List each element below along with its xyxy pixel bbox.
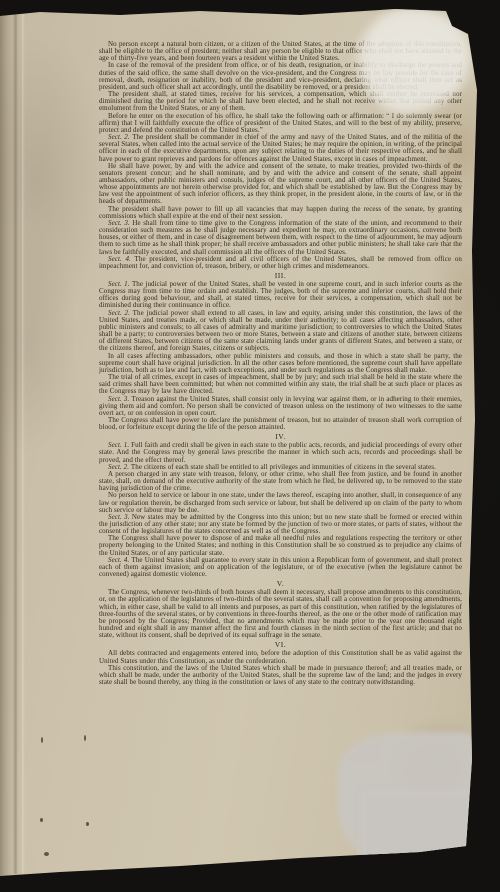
- document-paragraph: The Congress shall have power to dispose…: [99, 535, 462, 556]
- document-paragraph: A person charged in any state with treas…: [99, 471, 462, 492]
- document-page: No person except a natural born citizen,…: [0, 0, 500, 892]
- document-paragraph: Sect. 4. The president, vice-president a…: [99, 256, 462, 270]
- section-label: Sect. 4.: [108, 556, 131, 564]
- document-paragraph: Sect. 3. Treason against the United Stat…: [99, 396, 462, 417]
- document-paragraph: Sect. 4. The United States shall guarant…: [99, 557, 462, 578]
- document-paragraph: In all cases affecting ambassadors, othe…: [99, 353, 462, 374]
- article-heading: V.: [99, 580, 462, 588]
- document-paragraph: The Congress shall have power to declare…: [99, 417, 462, 431]
- section-label: Sect. 1.: [108, 280, 132, 288]
- document-paragraph: Sect. 3. He shall from time to time give…: [99, 220, 462, 256]
- document-paragraph: Before he enter on the execution of his …: [99, 113, 462, 134]
- document-paragraph: He shall have power, by and with the adv…: [99, 163, 462, 206]
- ink-speck: [86, 822, 89, 826]
- document-paragraph: Sect. 1. Full faith and credit shall be …: [99, 442, 462, 463]
- section-label: Sect. 1.: [108, 441, 131, 449]
- ink-speck: [40, 818, 43, 822]
- document-paragraph: This constitution, and the laws of the U…: [99, 665, 462, 686]
- section-label: Sect. 3.: [108, 395, 131, 403]
- document-paragraph: No person held to service or labour in o…: [99, 492, 462, 513]
- document-paragraph: The president shall have power to fill u…: [99, 206, 462, 220]
- article-heading: III.: [99, 272, 462, 280]
- article-heading: IV.: [99, 433, 462, 441]
- section-label: Sect. 2.: [108, 309, 133, 317]
- section-label: Sect. 4.: [108, 255, 135, 263]
- document-paragraph: The Congress, whenever two-thirds of bot…: [99, 589, 462, 639]
- repair-patch-bottom-right-inner: [360, 790, 472, 860]
- document-paragraph: Sect. 3. New states may be admitted by t…: [99, 514, 462, 535]
- fold-crease-highlight: [22, 14, 25, 874]
- section-label: Sect. 2.: [108, 133, 132, 141]
- ink-speck: [41, 737, 43, 743]
- ink-speck: [84, 735, 86, 741]
- document-paragraph: Sect. 2. The judicial power shall extend…: [99, 310, 462, 353]
- section-label: Sect. 3.: [108, 513, 132, 521]
- document-paragraph: The trial of all crimes, except in cases…: [99, 374, 462, 395]
- section-label: Sect. 3.: [108, 219, 132, 227]
- document-paragraph: Sect. 1. The judicial power of the Unite…: [99, 281, 462, 310]
- fold-crease: [13, 14, 18, 874]
- article-heading: VI.: [99, 641, 462, 649]
- photo-background: No person except a natural born citizen,…: [0, 0, 500, 892]
- ink-speck: [44, 852, 49, 856]
- document-paragraph: Sect. 2. The president shall be commande…: [99, 134, 462, 163]
- text-block: No person except a natural born citizen,…: [99, 41, 462, 686]
- document-paragraph: All debts contracted and engagements ent…: [99, 650, 462, 664]
